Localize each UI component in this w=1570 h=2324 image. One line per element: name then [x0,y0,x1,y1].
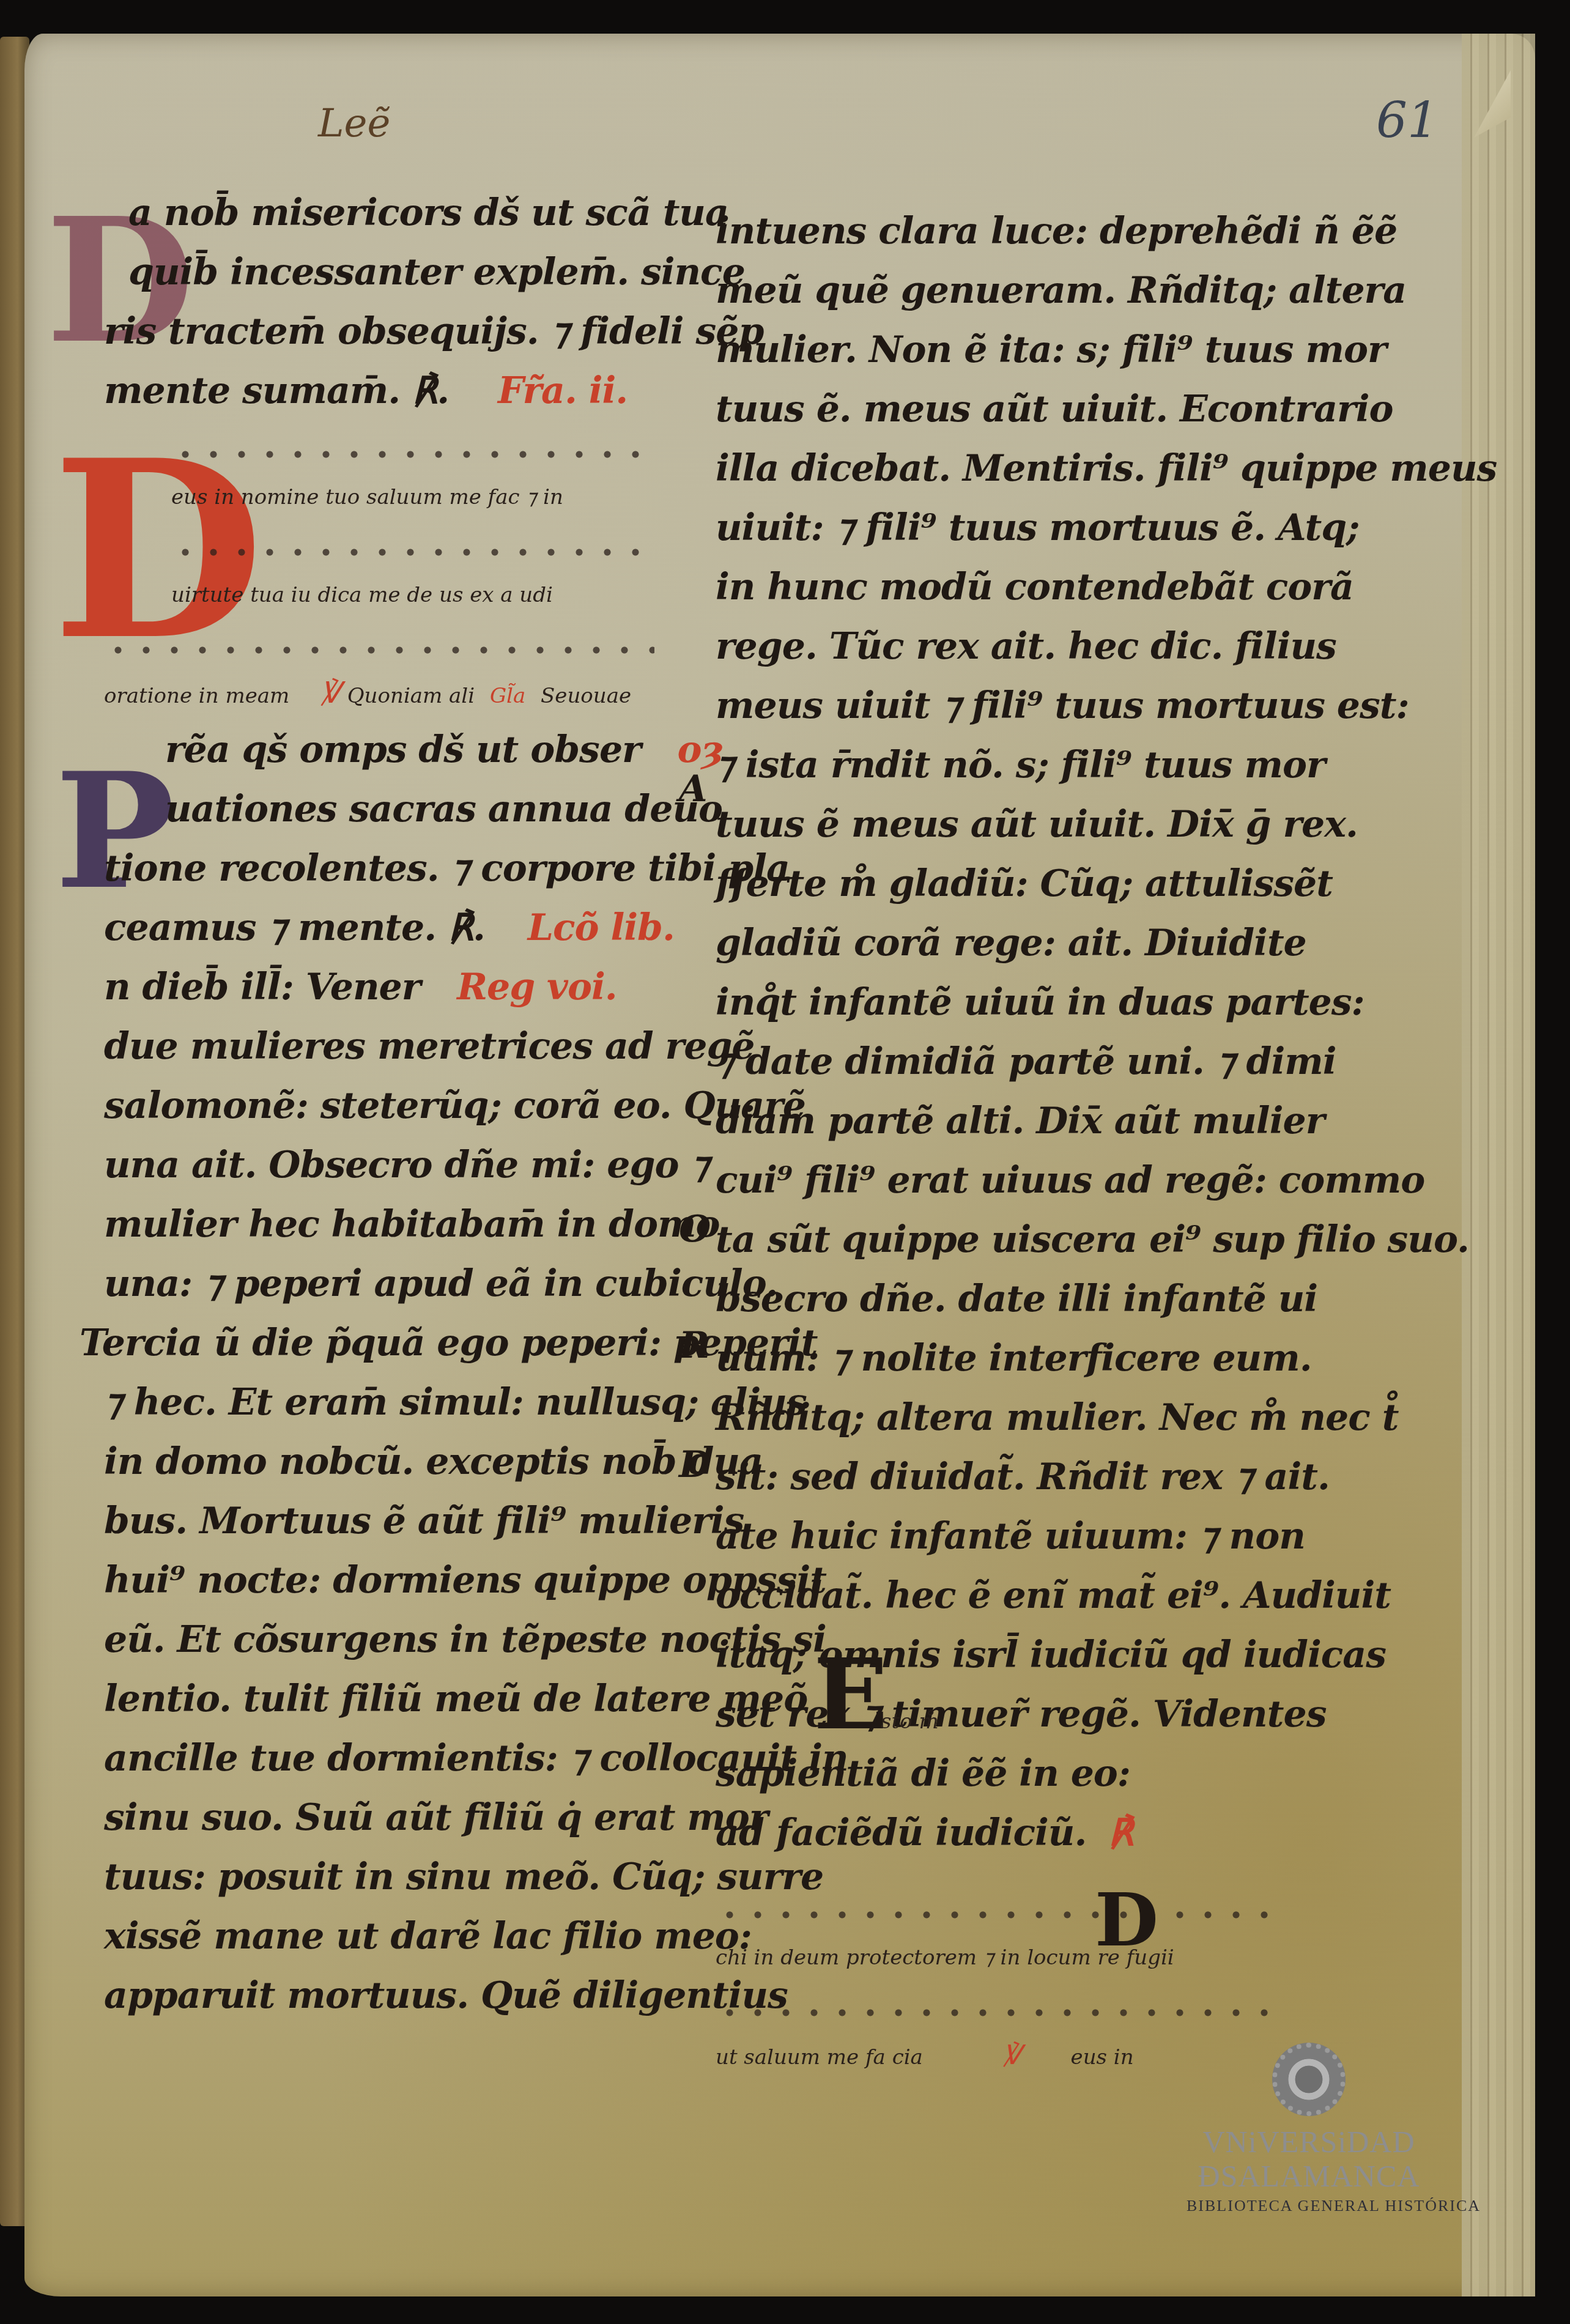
neume-notation [171,421,654,476]
text-line: fferte m̊ gladiũ: Cũq; attulissẽt [716,854,1278,914]
versicle-rubric: ℣ [320,676,341,710]
watermark-line-1: VNiVERSiDAD [1187,2125,1431,2159]
text-line: set rex ⁊ timuer̃ regẽ. Videntes [716,1685,1278,1744]
initial-d-verse: D [1095,1884,1158,1957]
text-line: uiuit: ⁊ fili⁹ tuus mortuus ẽ. Atq; [716,498,1278,558]
margin-initial-o: O [679,1208,711,1251]
text-line: ⁊ hec. Et eram̄ simul: nullusq; alius [104,1373,654,1432]
text-line: diam partẽ alti. Dix̄ aũt mulier [716,1092,1278,1151]
book-rubric: Reg voi. [457,966,617,1008]
versicle-rubric: ℣ [1003,2040,1021,2071]
text-line: in hunc modũ contendebãt corã [716,558,1278,617]
text-line: illa dicebat. Mentiris. fili⁹ quippe meu… [716,439,1278,498]
text-line: sit: sed diuidat̃. Rñdit rex ⁊ ait. [716,1448,1278,1507]
text-line: ⁊ date dimidiã partẽ uni. ⁊ dimi [716,1032,1278,1092]
text-line: sapientiã di ẽẽ in eo: [716,1744,1278,1804]
text-line: una: ⁊ peperi apud eã in cubiculo. [104,1254,654,1314]
text-line: sinu suo. Suũ aũt filiũ q̇ erat mor [104,1788,654,1848]
text-line: uum: ⁊ nolite interficere eum. [716,1329,1278,1388]
text-segment: rẽa qš omps dš ut obser [165,728,641,771]
text-line: intuens clara luce: deprehẽdi ñ ẽẽ [716,202,1278,261]
text-line: tuus ẽ. meus aũt uiuit. Econtrario [716,380,1278,439]
chant-initial-text: sto m̊ [881,1700,939,1743]
text-segment: ceamus ⁊ mente. ℟. [104,906,485,949]
watermark-line-2: ĐSALAMANCA [1187,2159,1431,2193]
chant-text: oratione in meam [104,684,289,708]
collect-block: rẽa qš omps dš ut obser oȝ uationes sacr… [104,720,654,2026]
prayer-block: a nob̄ misericors dš ut scã tua quib̄ in… [104,183,654,421]
chant-text-line: eus in nomine tuo saluum me fac ⁊ in [171,476,654,519]
page-fore-edge [1462,34,1535,2296]
chant-text: ut saluum me fa cia [716,2045,923,2070]
chant-text: Quoniam ali [347,684,475,708]
text-segment: n dieb̄ ill̄: Vener [104,966,420,1008]
rubric-text: Fr̃a. ii. [498,369,628,412]
text-line: xissẽ mane ut darẽ lac filio meo: [104,1907,654,1966]
text-line: lentio. tulit filiũ meũ de latere meõ [104,1670,654,1729]
margin-initial-r: R [679,1324,709,1367]
text-line: ris tractem̄ obsequijs. ⁊ fideli sẽp [104,302,654,361]
chant-text: Seuouae [541,684,631,708]
university-seal-icon [1272,2043,1346,2116]
text-line: Tercia ũ die p̃quã ego peperi: peperit [80,1314,654,1373]
text-line: ceamus ⁊ mente. ℟. Lcõ lib. [104,898,654,958]
text-line: mulier hec habitabam̄ in domo [104,1195,654,1254]
text-line: a nob̄ misericors dš ut scã tua [104,183,654,243]
chant-text-line: oratione in meam ℣ Quoniam ali Gl̃a Seuo… [104,672,654,714]
chant-block: eus in nomine tuo saluum me fac ⁊ in uir… [104,421,654,714]
text-segment: ad faciẽdũ iudiciũ. [716,1811,1086,1854]
text-line: tione recolentes. ⁊ corpore tibi pla [104,839,654,898]
neume-notation [716,1881,1278,1936]
text-line: ate huic infantẽ uiuum: ⁊ non [716,1507,1278,1566]
text-line: tuus: posuit in sinu meõ. Cũq; surre [104,1848,654,1907]
initial-letter: E [813,1637,888,1752]
margin-initial-d: D [679,1443,711,1486]
neume-notation [171,519,654,574]
neume-notation [104,616,654,672]
text-line: inq̊t infantẽ uiuũ in duas partes: [716,973,1278,1032]
text-line: ad faciẽdũ iudiciũ. ℟ [716,1804,1278,1863]
text-line: cui⁹ fili⁹ erat uiuus ad regẽ: commo [716,1151,1278,1210]
text-line: uationes sacras annua deuo [104,780,654,839]
text-line: n dieb̄ ill̄: Vener Reg voi. [104,958,654,1017]
text-line: in domo nobcũ. exceptis nob̄ dua [104,1432,654,1492]
text-line: Rñditq; altera mulier. Nec m̊ nec t̊ [716,1388,1278,1448]
text-line: una ait. Obsecro dñe mi: ego ⁊ [104,1136,654,1195]
text-line: quib̄ incessanter explem̄. since [104,243,654,302]
text-line: apparuit mortuus. Quẽ diligentius [104,1966,654,2026]
neume-notation [716,1979,1278,2034]
text-line: rẽa qš omps dš ut obser oȝ [104,720,654,780]
text-line: bsecro dñe. date illi infantẽ ui [716,1270,1278,1329]
text-line: due mulieres meretrices ad regẽ [104,1017,654,1076]
text-line: salomonẽ: steterũq; corã eo. Quarẽ [104,1076,654,1136]
right-column: intuens clara luce: deprehẽdi ñ ẽẽ meũ q… [716,202,1278,2077]
text-line: tuus ẽ meus aũt uiuit. Dix̄ ḡ rex. [716,795,1278,854]
text-line: meũ quẽ genueram. Rñditq; altera [716,261,1278,320]
left-column: a nob̄ misericors dš ut scã tua quib̄ in… [104,183,654,2026]
margin-initial-a: A [679,768,708,810]
chant-text-line: uirtute tua iu dica me de us ex a udi [171,574,654,616]
reading-rubric: Lcõ lib. [528,906,675,949]
text-line: mente sumam̄. ℟. Fr̃a. ii. [104,361,654,421]
text-line: eũ. Et cõsurgens in tẽpeste noctis si [104,1610,654,1670]
text-line: bus. Mortuus ẽ aũt fili⁹ mulieris [104,1492,654,1551]
text-line: rege. Tũc rex ait. hec dic. filius [716,617,1278,676]
text-line: ancille tue dormientis: ⁊ collocauit in [104,1729,654,1788]
text-line: meus uiuit ⁊ fili⁹ tuus mortuus est: [716,676,1278,736]
text-line: itaq; omnis isrl̄ iudiciũ qd iudicas [716,1626,1278,1685]
text-line: hui⁹ nocte: dormiens quippe oppssit [104,1551,654,1610]
text-line: ⁊ ista r̄ndit nõ. s; fili⁹ tuus mor [716,736,1278,795]
gloria-rubric: Gl̃a [490,684,525,708]
chant-text: eus in [1071,2045,1134,2070]
chant-text-line: chi in deum protectorem ⁊ in locum re fu… [716,1936,1278,1979]
text-line: gladiũ corã rege: ait. Diuidite [716,914,1278,973]
watermark-line-3: BIBLIOTECA GENERAL HISTÓRICA [1187,2197,1431,2215]
initial-e-chant: E [813,1645,888,1743]
text-line: occidat̃. hec ẽ enĩ mat̃ ei⁹. Audiuit [716,1566,1278,1626]
header-annotation: Leẽ [318,101,390,146]
library-watermark: VNiVERSiDAD ĐSALAMANCA BIBLIOTECA GENERA… [1187,2043,1431,2215]
responsory-rubric: ℟ [1108,1811,1133,1854]
folio-number: 61 [1376,92,1439,149]
text-segment: mente sumam̄. ℟. [104,369,449,412]
text-line: ta sũt quippe uiscera ei⁹ sup filio suo. [716,1210,1278,1270]
text-line: mulier. Non ẽ ita: s; fili⁹ tuus mor [716,320,1278,380]
